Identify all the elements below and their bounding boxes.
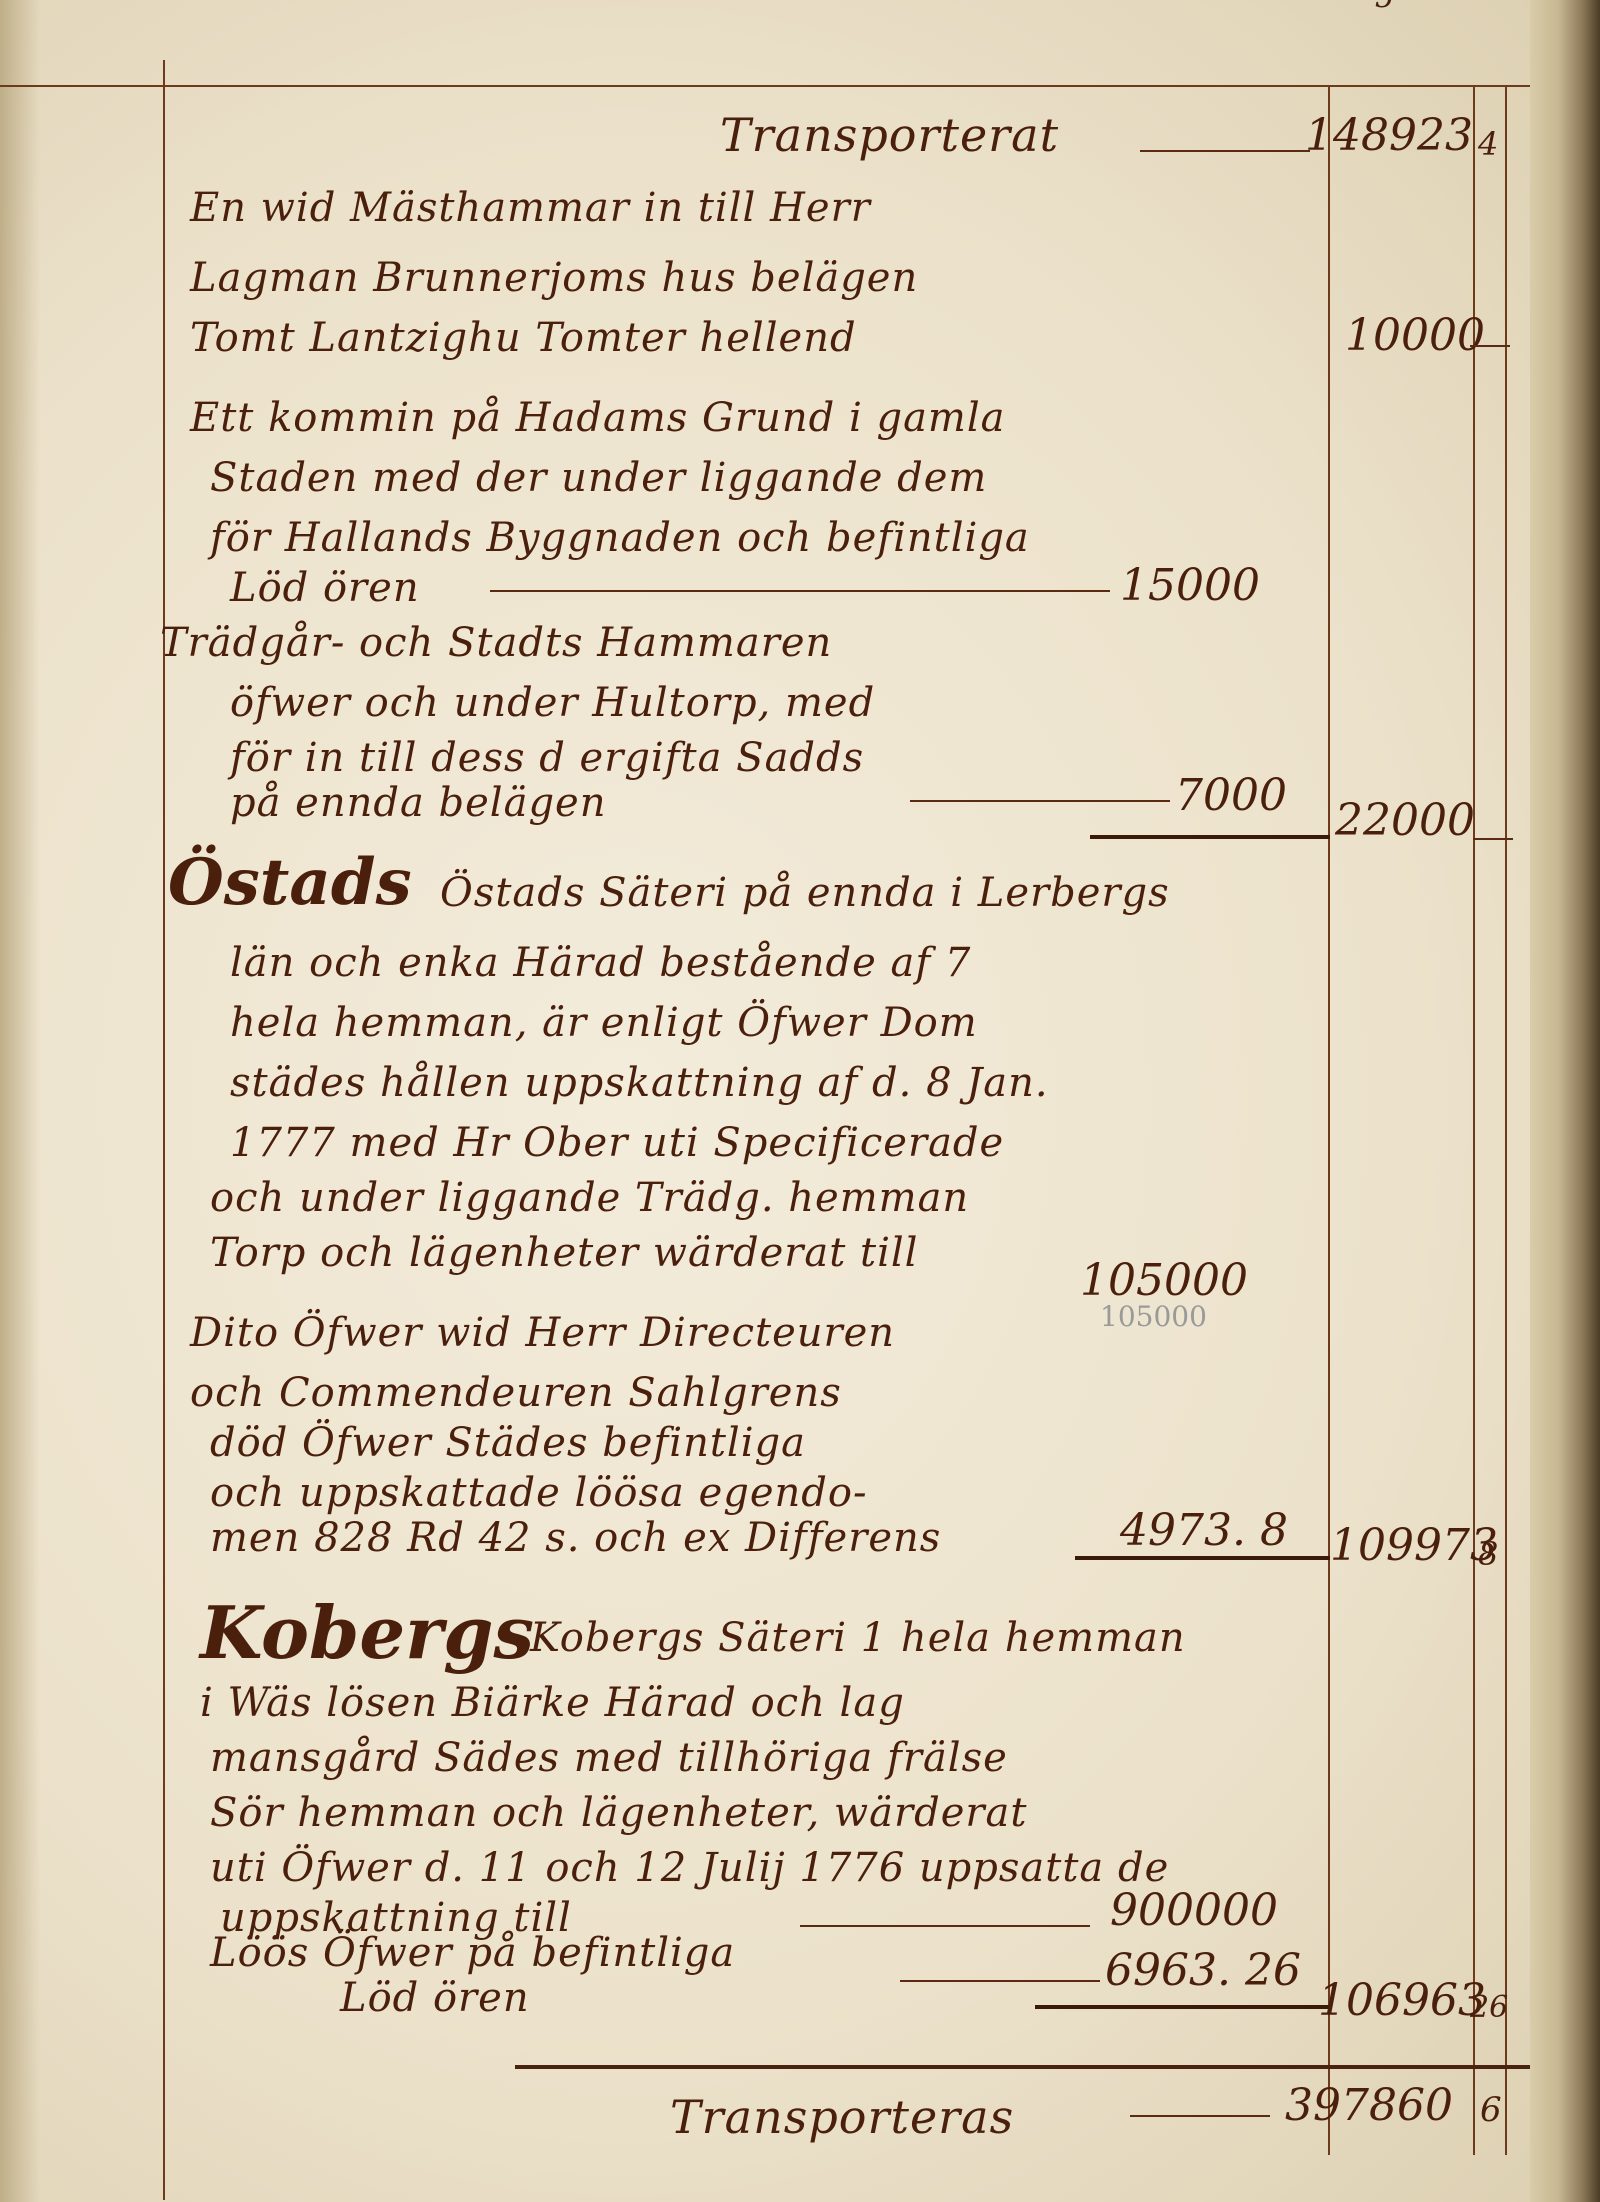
pencil-note: 105000: [1100, 1300, 1207, 1333]
sum-column-rule: [1328, 85, 1330, 2155]
entry-amount: 6963. 26: [1105, 1945, 1301, 1996]
entry-line: och under liggande Trädg. hemman: [210, 1175, 969, 1221]
entry-amount: 15000: [1120, 560, 1260, 611]
page-corner-mark: 5: [1375, 0, 1394, 15]
entry-line: Trädgår- och Stadts Hammaren: [160, 620, 832, 666]
dash: [1470, 345, 1510, 347]
entry-line: mansgård Sädes med tillhöriga frälse: [210, 1735, 1008, 1781]
ore-column-rule: [1473, 85, 1475, 2155]
entry-line: och uppskattade löösa egendo-: [210, 1470, 868, 1516]
subtotal-rule: [1075, 1556, 1330, 1560]
entry-heading: Östads: [168, 845, 412, 920]
entry-sum: 109973: [1330, 1520, 1498, 1571]
entry-amount: 900000: [1110, 1885, 1278, 1936]
entry-sum: 22000: [1335, 795, 1475, 846]
entry-line: städes hållen uppskattning af d. 8 Jan.: [230, 1060, 1049, 1106]
carried-forward-ore: 6: [1480, 2090, 1502, 2130]
subtotal-rule: [1090, 835, 1330, 839]
entry-line: och Commendeuren Sahlgrens: [190, 1370, 842, 1416]
entry-line: Löös Öfwer på befintliga: [210, 1930, 735, 1976]
entry-line: uti Öfwer d. 11 och 12 Julij 1776 uppsat…: [210, 1845, 1169, 1891]
entry-line: Tomt Lantzighu Tomter hellend: [190, 315, 857, 361]
entry-line: Kobergs Säteri 1 hela hemman: [530, 1615, 1186, 1661]
leader-line: [800, 1925, 1090, 1927]
entry-line: för Hallands Byggnaden och befintliga: [210, 515, 1030, 561]
entry-line: 1777 med Hr Ober uti Specificerade: [230, 1120, 1004, 1166]
carried-forward-ore: 4: [1478, 125, 1498, 163]
left-margin-rule: [163, 60, 165, 2200]
entry-line: i Wäs lösen Biärke Härad och lag: [200, 1680, 905, 1726]
entry-line: öfwer och under Hultorp, med: [230, 680, 875, 726]
entry-line: En wid Mästhammar in till Herr: [190, 185, 871, 231]
ledger-page: 5 Transporterat 148923 4 En wid Mästhamm…: [0, 0, 1560, 2202]
carried-forward-label: Transporterat: [720, 108, 1059, 162]
subtotal-rule: [1035, 2005, 1330, 2009]
entry-line: Östads Säteri på ennda i Lerbergs: [440, 870, 1170, 916]
entry-line: men 828 Rd 42 s. och ex Differens: [210, 1515, 941, 1561]
carried-forward-amount: 148923: [1305, 110, 1473, 161]
top-rule: [0, 85, 1530, 87]
entry-line: Staden med der under liggande dem: [210, 455, 987, 501]
dash: [1473, 838, 1513, 840]
entry-amount: 7000: [1175, 770, 1287, 821]
carried-forward-amount: 397860: [1285, 2080, 1453, 2131]
entry-amount: 105000: [1080, 1255, 1248, 1306]
leader-line: [1140, 150, 1310, 152]
page-left-shadow: [0, 0, 40, 2202]
book-page-edge: [1530, 0, 1600, 2202]
right-margin-rule: [1505, 85, 1507, 2155]
entry-line: död Öfwer Städes befintliga: [210, 1420, 806, 1466]
leader-line: [900, 1980, 1100, 1982]
entry-line: Lagman Brunnerjoms hus belägen: [190, 255, 918, 301]
leader-line: [910, 800, 1170, 802]
leader-line: [1130, 2115, 1270, 2117]
entry-line: län och enka Härad bestående af 7: [230, 940, 971, 986]
entry-amount: 4973. 8: [1120, 1505, 1288, 1556]
entry-line: Sör hemman och lägenheter, wärderat: [210, 1790, 1027, 1836]
entry-ore: 8: [1478, 1535, 1498, 1573]
entry-line: Löd ören: [230, 565, 420, 611]
entry-line: på ennda belägen: [230, 780, 607, 826]
entry-line: Dito Öfwer wid Herr Directeuren: [190, 1310, 895, 1356]
entry-heading: Kobergs: [200, 1590, 534, 1675]
leader-line: [490, 590, 1110, 592]
carried-forward-label: Transporteras: [670, 2090, 1014, 2144]
entry-sum: 106963: [1318, 1975, 1486, 2026]
entry-line: Löd ören: [340, 1975, 530, 2021]
entry-sum: 10000: [1345, 310, 1485, 361]
total-rule: [515, 2065, 1535, 2069]
entry-line: för in till dess d ergifta Sadds: [230, 735, 864, 781]
entry-line: Ett kommin på Hadams Grund i gamla: [190, 395, 1005, 441]
entry-ore: 26: [1470, 1990, 1508, 2025]
entry-line: hela hemman, är enligt Öfwer Dom: [230, 1000, 978, 1046]
